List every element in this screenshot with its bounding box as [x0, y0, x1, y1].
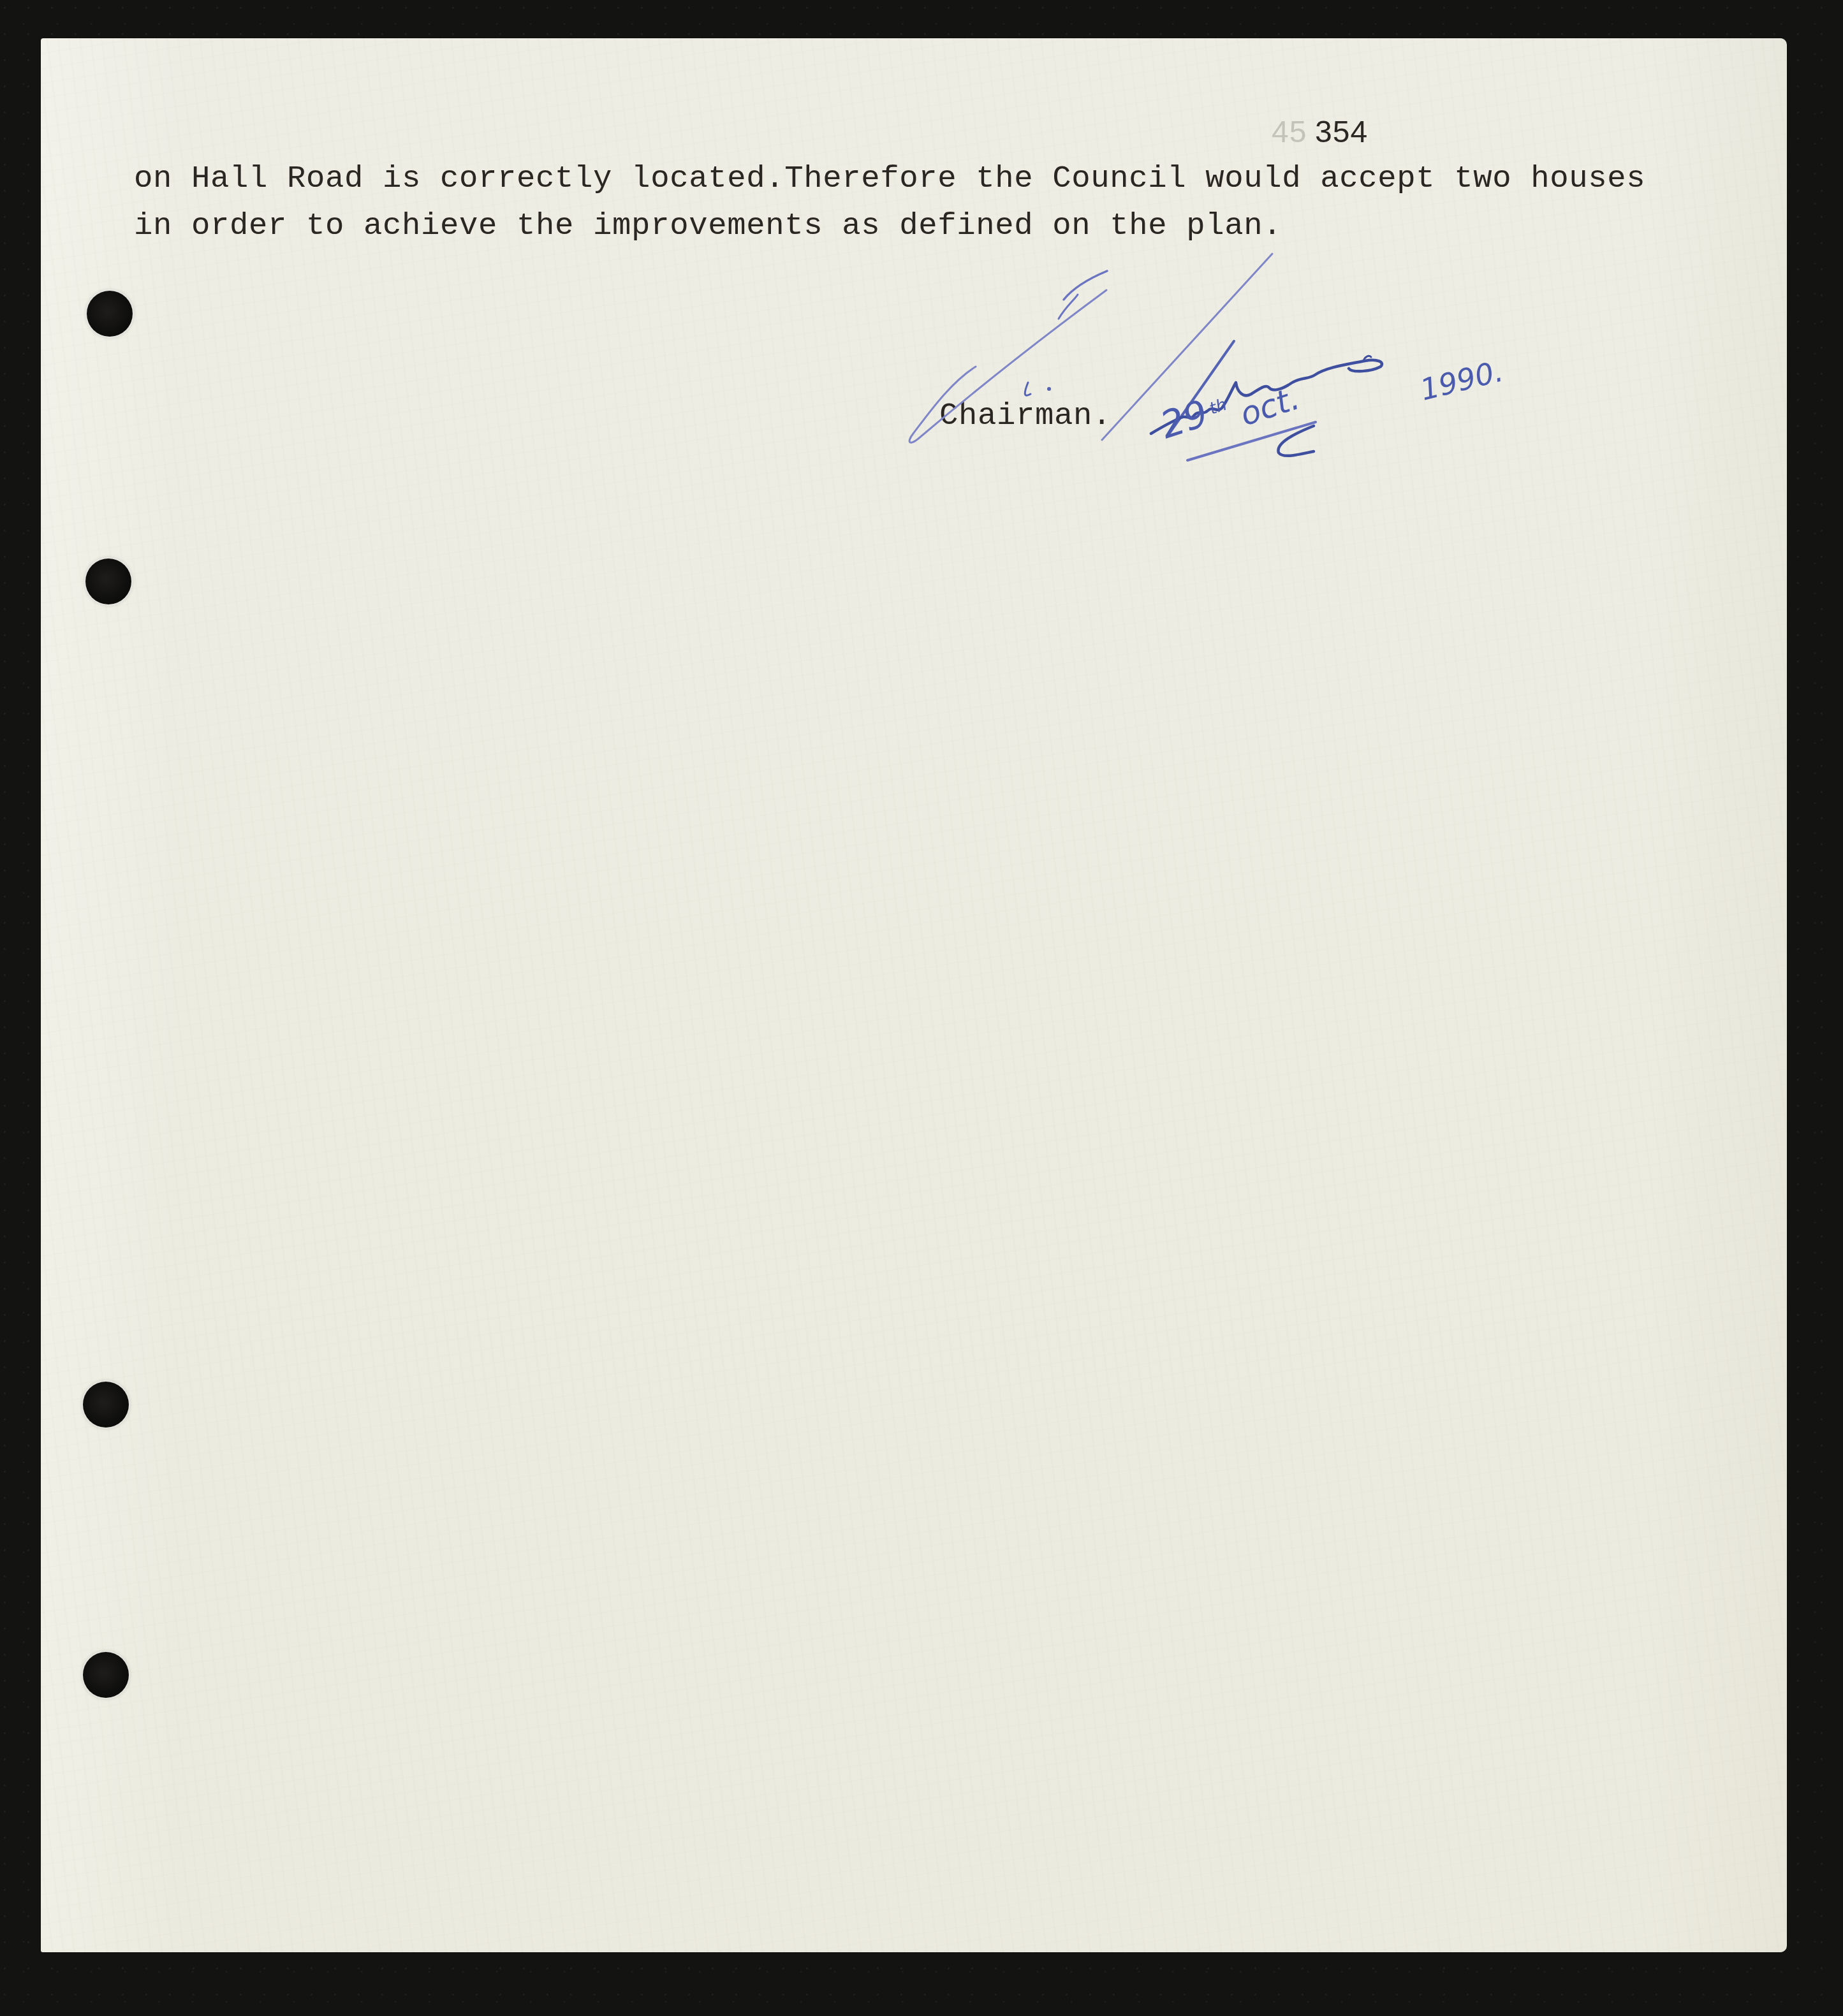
punch-hole-1 [87, 291, 133, 337]
body-text-line-1: on Hall Road is correctly located.Theref… [134, 163, 1645, 194]
punch-hole-4 [83, 1652, 129, 1698]
body-text-line-2: in order to achieve the improvements as … [134, 210, 1282, 242]
page-number: 354 [1315, 115, 1368, 150]
page-number-overstrike: 45 [1272, 115, 1307, 150]
punch-hole-3 [83, 1382, 129, 1428]
chairman-label: Chairman. [939, 400, 1112, 432]
punch-hole-2 [85, 559, 131, 604]
document-page [41, 38, 1787, 1952]
